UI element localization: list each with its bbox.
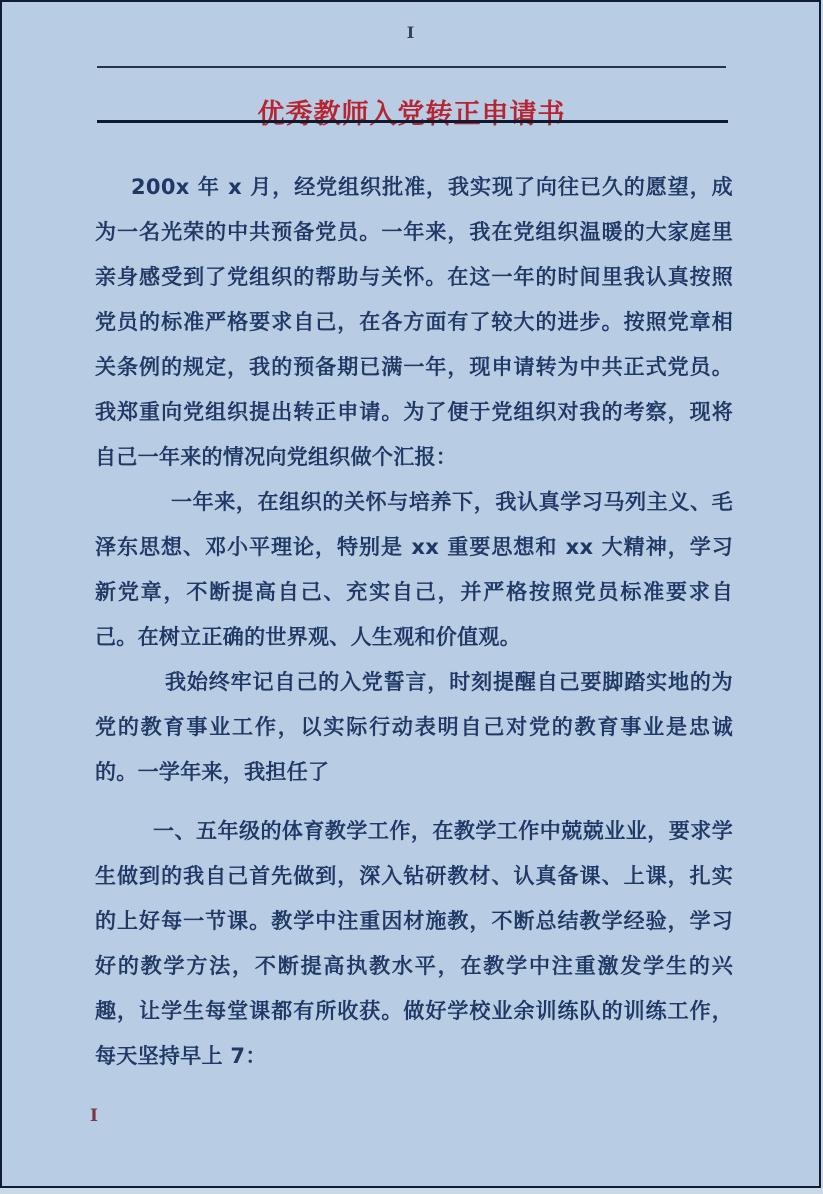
footer-strip xyxy=(0,1188,823,1194)
paragraph-study: 一年来，在组织的关怀与培养下，我认真学习马列主义、毛泽东思想、邓小平理论，特别是… xyxy=(95,480,733,660)
paragraph-teaching-work: 一、五年级的体育教学工作，在教学工作中兢兢业业，要求学生做到的我自己首先做到，深… xyxy=(95,809,733,1079)
document-viewport: I 优秀教师入党转正申请书 200x 年 x 月，经党组织批准，我实现了向往已久… xyxy=(0,0,823,1194)
paragraph-intro: 200x 年 x 月，经党组织批准，我实现了向往已久的愿望，成为一名光荣的中共预… xyxy=(95,165,733,480)
document-title: 优秀教师入党转正申请书 xyxy=(97,97,726,133)
paragraph-oath: 我始终牢记自己的入党誓言，时刻提醒自己要脚踏实地的为党的教育事业工作，以实际行动… xyxy=(95,660,733,795)
title-divider-bottom xyxy=(97,120,728,123)
document-body: 200x 年 x 月，经党组织批准，我实现了向往已久的愿望，成为一名光荣的中共预… xyxy=(95,165,733,1079)
title-divider-top xyxy=(97,66,726,68)
document-page: I 优秀教师入党转正申请书 200x 年 x 月，经党组织批准，我实现了向往已久… xyxy=(0,0,821,1188)
header-mark: I xyxy=(2,24,819,42)
footer-mark: I xyxy=(90,1106,98,1126)
